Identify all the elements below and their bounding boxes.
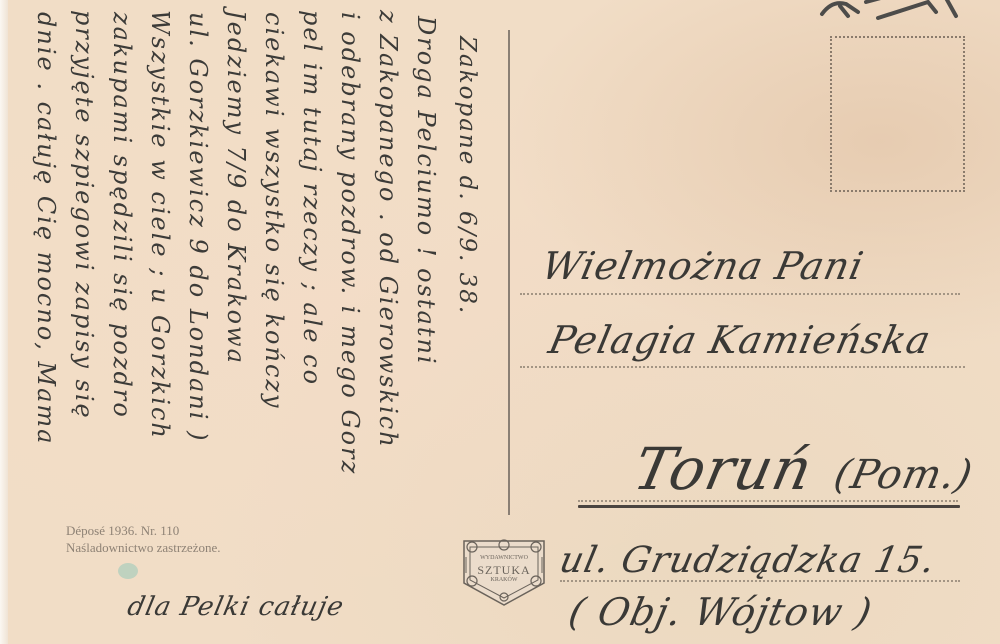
address-line-3-solid: [578, 505, 960, 508]
address-city: Toruń: [628, 435, 819, 503]
logo-line-3: KRAKÓW: [460, 577, 548, 583]
printed-imprint: Déposé 1936. Nr. 110 Naśladownictwo zast…: [66, 522, 221, 556]
address-care-of: ( Obj. Wójtow ): [565, 590, 876, 634]
imprint-line-2: Naśladownictwo zastrzeżone.: [66, 539, 221, 556]
postmark-fragment: [818, 0, 983, 22]
letter-place-date: Zakopane d. 6/9. 38.: [454, 36, 480, 315]
logo-line-2: SZTUKA: [460, 563, 548, 578]
letter-line: zakupami spędzili się pozdro: [108, 12, 136, 419]
letter-line: ul. Gorzkiewicz 9 do Londani ): [184, 12, 212, 442]
letter-line: Wszystkie w ciele ; u Gorzkich: [146, 10, 174, 440]
divider-line: [508, 30, 510, 515]
letter-line: pel im tutaj rzeczy ; ale co: [298, 10, 326, 386]
card-edge: [0, 0, 8, 644]
address-salutation: Wielmożna Pani: [538, 244, 868, 288]
letter-line: i odebrany pozdrow. i mego Gorz: [336, 12, 364, 475]
postcard-back: Wielmożna Pani Pelagia Kamieńska Toruń (…: [0, 0, 1000, 644]
stain: [118, 563, 138, 579]
letter-postscript: dla Pelki całuje: [125, 592, 347, 622]
imprint-line-1: Déposé 1936. Nr. 110: [66, 522, 221, 539]
letter-line: przyjęte szpiegowi zapisy się: [70, 10, 98, 420]
address-region: (Pom.): [830, 452, 977, 498]
logo-line-1: WYDAWNICTWO: [460, 555, 548, 561]
stamp-box: [830, 36, 965, 192]
publisher-logo: WYDAWNICTWO SZTUKA KRAKÓW: [460, 535, 548, 607]
letter-line: Droga Pelciumo ! ostatni: [412, 16, 440, 366]
address-name: Pelagia Kamieńska: [545, 318, 935, 362]
letter-line: z Zakopanego . od Gierowskich: [374, 10, 402, 449]
letter-line: dnie . całuję Cię mocno, Mama: [32, 12, 60, 445]
address-street: ul. Grudziądzka 15.: [556, 540, 939, 581]
letter-line: Jedziemy 7/9 do Krakowa: [222, 10, 250, 365]
address-line-2: [520, 366, 965, 368]
letter-line: ciekawi wszystko się kończy: [260, 12, 288, 410]
address-line-1: [520, 293, 960, 295]
